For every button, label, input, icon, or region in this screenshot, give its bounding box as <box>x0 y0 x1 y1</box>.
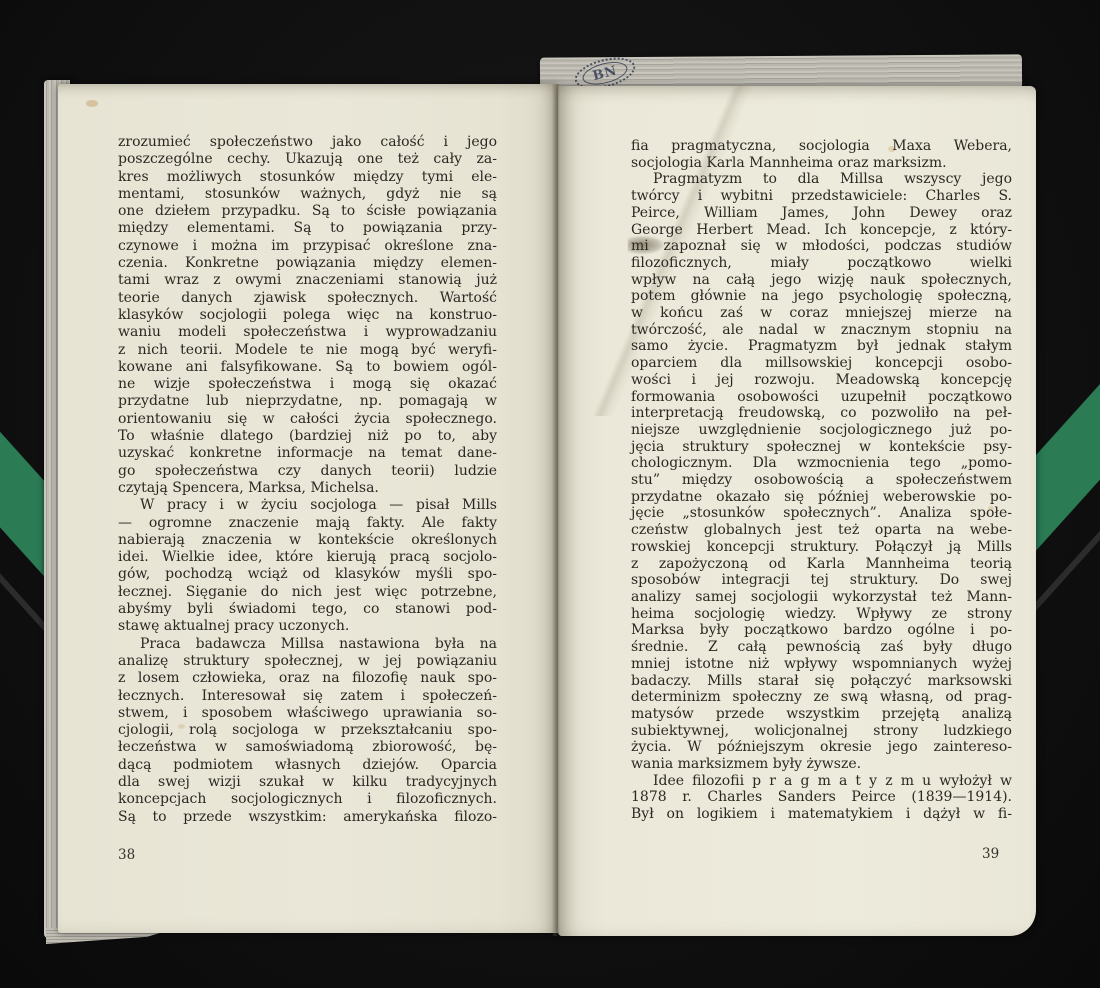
text-line: rowskiej koncepcji struktury. Połączył j… <box>631 539 1012 556</box>
text-line: mi zapoznał się w młodości, podczas stud… <box>631 238 1012 255</box>
text-line: analizę struktury społecznej, w jej powi… <box>118 653 497 670</box>
text-line: kowane ani falsyfikowane. Są to bowiem o… <box>118 359 497 376</box>
foxing-spot <box>86 100 98 107</box>
text-line: analizy samej socjologii wykorzystał też… <box>631 589 1012 606</box>
text-line: łecznych. Interesował się zatem i społec… <box>118 688 497 705</box>
text-line: 1878 r. Charles Sanders Peirce (1839—191… <box>631 789 1012 806</box>
page-number-left: 38 <box>118 847 135 863</box>
text-line: z losem człowieka, oraz na filozofię nau… <box>118 670 497 687</box>
page-text-left: zrozumieć społeczeństwo jako całość i je… <box>118 134 497 826</box>
text-line: łecznej. Sięganie do nich jest więc potr… <box>118 584 497 601</box>
text-line: Marksa były początkowo bardzo ogólne i p… <box>631 622 1012 639</box>
text-line: czenia. Konkretne powiązania między elem… <box>118 255 497 272</box>
text-line: koncepcjach socjologicznych i filozoficz… <box>118 791 497 808</box>
text-line: orientowaniu się w całości życia społecz… <box>118 411 497 428</box>
text-line: przydatne lub nieprzydatne, np. pomagają… <box>118 393 497 410</box>
text-line: one dziełem przypadku. Są to ścisłe powi… <box>118 203 497 220</box>
text-line: między elementami. Są to powiązania przy… <box>118 220 497 237</box>
text-line: determinizm społeczny ze swą własną, od … <box>631 689 1012 706</box>
text-line: tami wraz z owymi znaczeniami stanowią j… <box>118 272 497 289</box>
text-line: To właśnie dlatego (bardziej niż po to, … <box>118 428 497 445</box>
text-line: interpretacją freudowską, co pozwoliło n… <box>631 405 1012 422</box>
text-line: jęcie „stosunków społecznych”. Analiza s… <box>631 505 1012 522</box>
text-line: Był on logikiem i matematykiem i dążył w… <box>631 806 1012 823</box>
text-line: formowania osobowości uzupełnił początko… <box>631 389 1012 406</box>
text-line: czytają Spencera, Marksa, Michelsa. <box>118 480 497 497</box>
text-line: Idee filozofii p r a g m a t y z m u wył… <box>631 773 1012 790</box>
text-line: badaczy. Mills starał się połączyć marks… <box>631 673 1012 690</box>
text-line: abyśmy byli świadomi tego, co stanowi po… <box>118 601 497 618</box>
text-line: średnie. Z całą pewnością zaś były długo <box>631 639 1012 656</box>
text-line: z nich teorii. Modele te nie mogą być we… <box>118 342 497 359</box>
text-line: dącą podmiotem własnych dziejów. Oparcia <box>118 757 497 774</box>
text-line: oparciem dla millsowskiej koncepcji osob… <box>631 355 1012 372</box>
text-line: sposobów integracji tej struktury. Do sw… <box>631 572 1012 589</box>
text-line: go społeczeństwa czy danych teorii) ludz… <box>118 463 497 480</box>
text-line: twórczość, ale nadal w znacznym stopniu … <box>631 322 1012 339</box>
text-line: Pragmatyzm to dla Millsa wszyscy jego <box>631 171 1012 188</box>
text-line: z zapożyczoną od Karla Mannheima teorią <box>631 556 1012 573</box>
text-line: jęcia struktury społecznej w kontekście … <box>631 439 1012 456</box>
text-line: Peirce, William James, John Dewey oraz <box>631 205 1012 222</box>
text-line: czynowe i można im przypisać określone z… <box>118 238 497 255</box>
text-line: — ogromne znaczenie mają fakty. Ale fakt… <box>118 515 497 532</box>
text-line: stu” między osobowością a społeczeństwem <box>631 472 1012 489</box>
text-line: dla swej wizji szukał w kilku tradycyjny… <box>118 774 497 791</box>
text-line: stwem, i sposobem właściwego uprawiania … <box>118 705 497 722</box>
text-line: matysów przede wszystkim przejętą analiz… <box>631 706 1012 723</box>
text-line: George Herbert Mead. Ich koncepcje, z kt… <box>631 222 1012 239</box>
text-line: gów, pochodzą wciąż od klasyków myśli sp… <box>118 566 497 583</box>
text-line: klasyków socjologii polega więc na konst… <box>118 307 497 324</box>
text-line: wpływ na całą jego wizję nauk społecznyc… <box>631 272 1012 289</box>
text-line: W pracy i w życiu socjologa — pisał Mill… <box>118 497 497 514</box>
text-line: stawę aktualnej pracy uczonych. <box>118 618 497 635</box>
book-gutter <box>552 84 560 936</box>
text-line: subiektywnej, wolicjonalnej strony ludzk… <box>631 723 1012 740</box>
text-line: kres możliwych stosunków między tymi ele… <box>118 169 497 186</box>
text-line: mniej istotne niż wpływy wspomnianych wy… <box>631 656 1012 673</box>
text-line: poszczególne cechy. Ukazują one też cały… <box>118 151 497 168</box>
text-line: przydatne okazało się później weberowski… <box>631 489 1012 506</box>
text-line: w końcu zaś w coraz mniejszej mierze na <box>631 305 1012 322</box>
text-line: waniu modeli społeczeństwa i wyprowadzan… <box>118 324 497 341</box>
text-line: Są to przede wszystkim: amerykańska filo… <box>118 809 497 826</box>
book-page-left: zrozumieć społeczeństwo jako całość i je… <box>58 84 558 933</box>
text-line: fia pragmatyczna, socjologia Maxa Webera… <box>631 138 1012 155</box>
text-line: socjologia Karla Mannheima oraz marksizm… <box>631 155 1012 172</box>
text-line: cjologii, rolą socjologa w przekształcan… <box>118 722 497 739</box>
text-line: teorie danych zjawisk społecznych. Warto… <box>118 290 497 307</box>
book-page-right: fia pragmatyczna, socjologia Maxa Webera… <box>558 86 1036 936</box>
text-line: niejsze uwzględnienie socjologicznego ju… <box>631 422 1012 439</box>
page-text-right: fia pragmatyczna, socjologia Maxa Webera… <box>631 138 1012 823</box>
text-line: mentami, stosunków ważnych, gdyż nie są <box>118 186 497 203</box>
text-line: nabierają znaczenia w kontekście określo… <box>118 532 497 549</box>
text-line: łeczeństwa w samoświadomą zbiorowość, bę… <box>118 739 497 756</box>
text-line: życia. W późniejszym okresie jego zainte… <box>631 739 1012 756</box>
text-line: samo życie. Pragmatyzm był jednak stałym <box>631 338 1012 355</box>
text-line: potem głównie na jego psychologię społec… <box>631 288 1012 305</box>
scanner-background: BN zrozumieć społeczeństwo jako całość i… <box>0 0 1100 988</box>
text-line: wania marksizmem były żywsze. <box>631 756 1012 773</box>
text-line: twórcy i wybitni przedstawiciele: Charle… <box>631 188 1012 205</box>
text-line: Praca badawcza Millsa nastawiona była na <box>118 636 497 653</box>
text-line: ne wizje społeczeństwa i mogą się okazać <box>118 376 497 393</box>
text-line: idei. Wielkie idee, które kierują pracą … <box>118 549 497 566</box>
text-line: uzyskać konkretne informacje na temat da… <box>118 445 497 462</box>
text-line: heima socjologię wiedzy. Wpływy ze stron… <box>631 606 1012 623</box>
text-line: chologicznym. Dla wzmocnienia tego „pomo… <box>631 455 1012 472</box>
text-line: filozoficznych, miały początkowo wielki <box>631 255 1012 272</box>
text-line: zrozumieć społeczeństwo jako całość i je… <box>118 134 497 151</box>
page-number-right: 39 <box>982 846 999 862</box>
text-line: czeństw globalnych jest też oparta na we… <box>631 522 1012 539</box>
text-line: wości i jej rozwoju. Meadowską koncepcję <box>631 372 1012 389</box>
